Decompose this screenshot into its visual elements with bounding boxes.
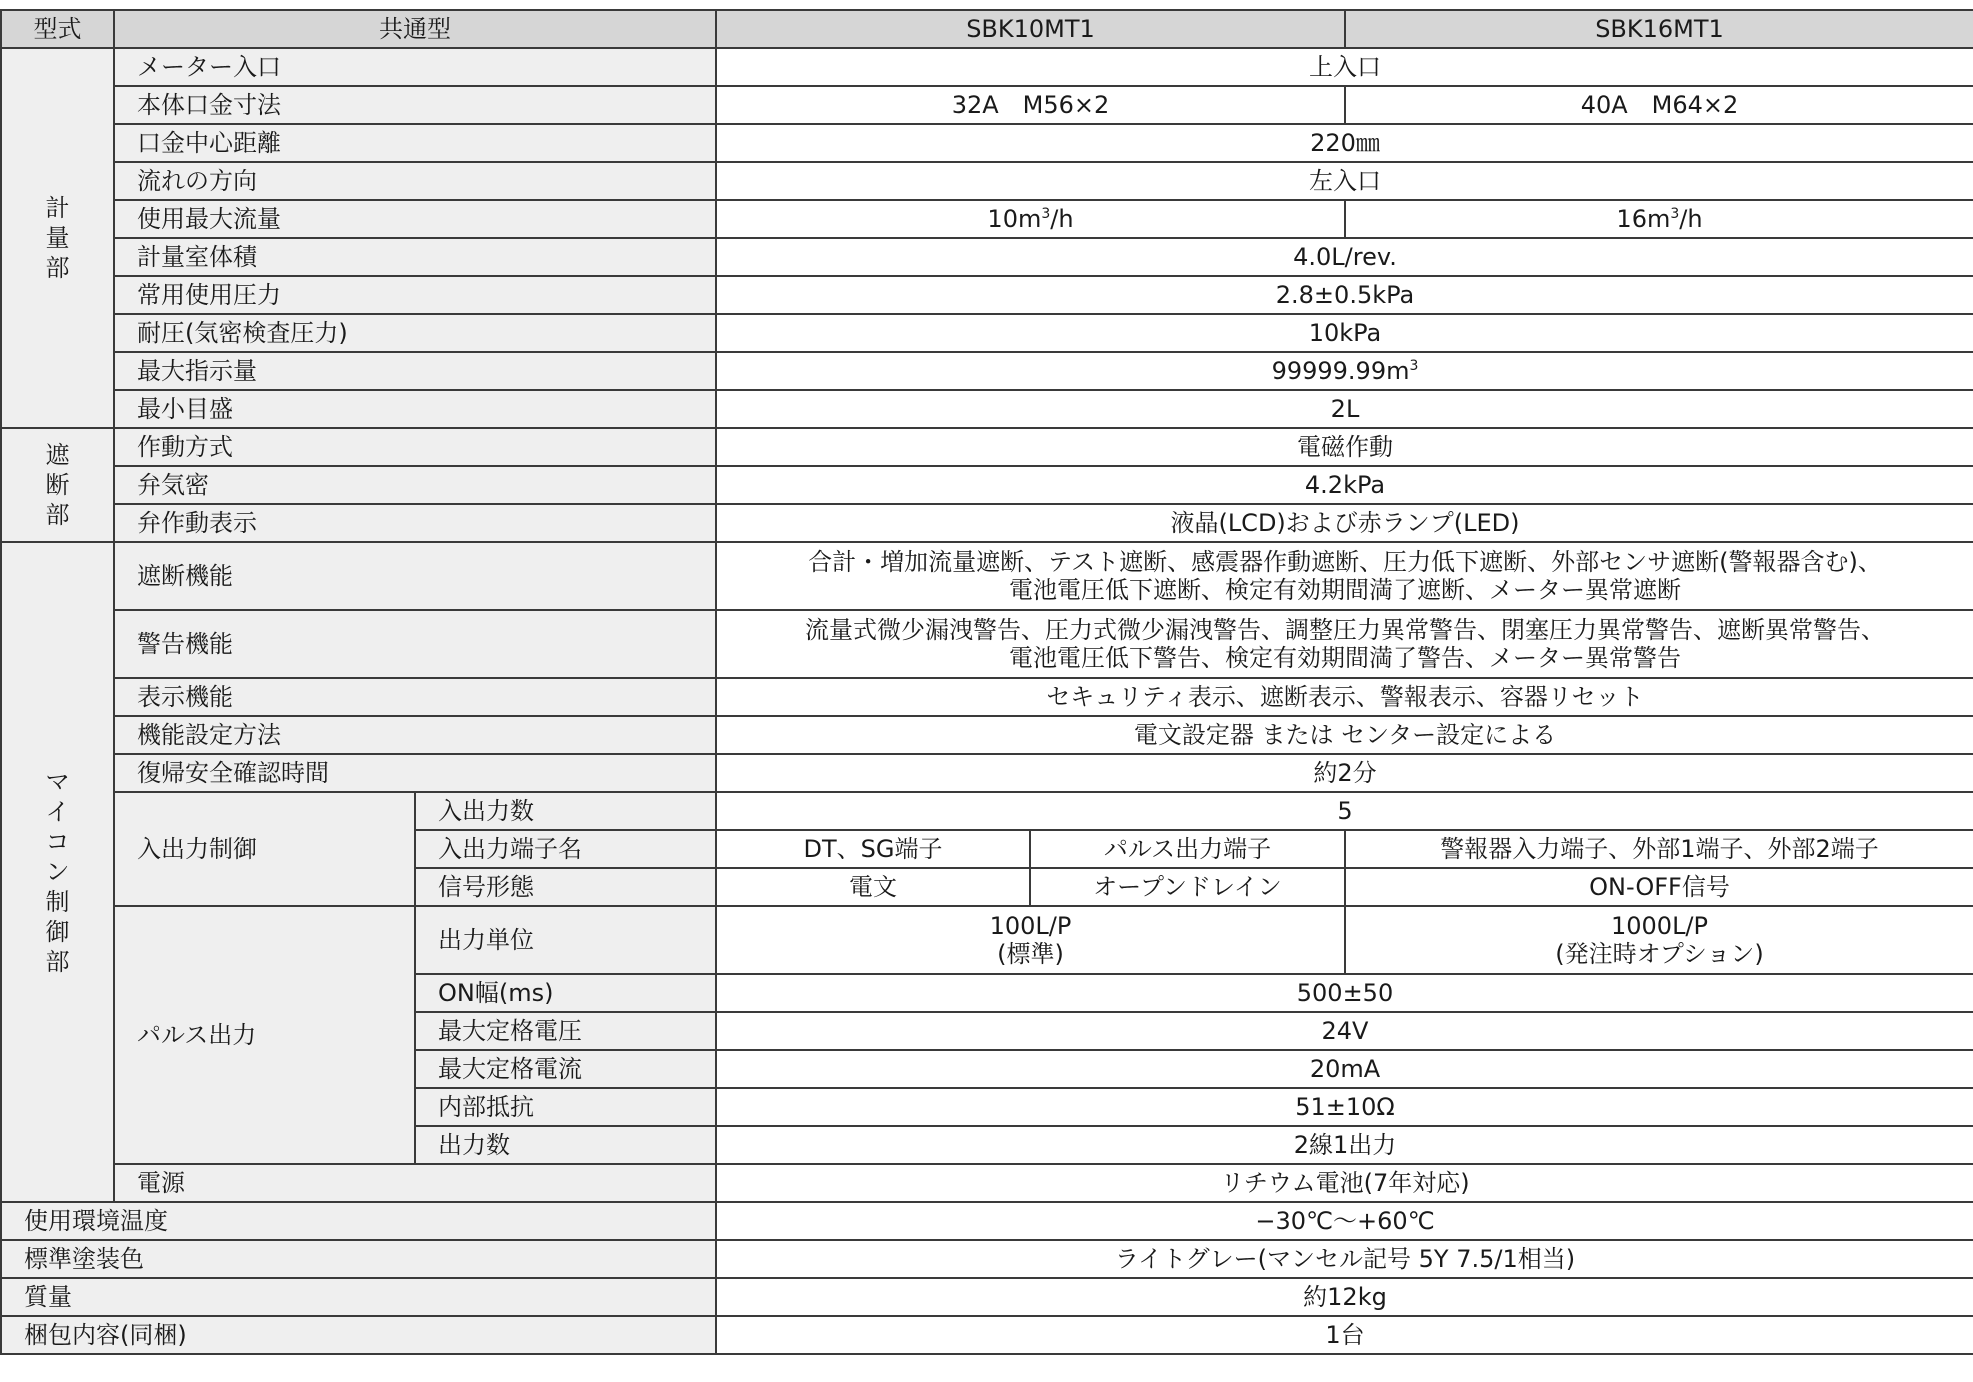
row-label: 警告機能 (114, 610, 716, 678)
row-value: セキュリティ表示、遮断表示、警報表示、容器リセット (716, 678, 1973, 716)
table-row: 質量 約12kg (1, 1278, 1973, 1316)
row-value: 4.0L/rev. (716, 238, 1973, 276)
row-value: 220㎜ (716, 124, 1973, 162)
section-micom: マイコン制御部 (1, 542, 114, 1202)
row-value: 500±50 (716, 974, 1973, 1012)
model-sbk16: SBK16MT1 (1345, 10, 1973, 48)
table-row: 最小目盛 2L (1, 390, 1973, 428)
table-row: 使用最大流量 10m3/h 16m3/h (1, 200, 1973, 238)
row-label: 使用最大流量 (114, 200, 716, 238)
row-value: 電文設定器 または センター設定による (716, 716, 1973, 754)
row-label: 計量室体積 (114, 238, 716, 276)
table-row: 流れの方向 左入口 (1, 162, 1973, 200)
row-label: 表示機能 (114, 678, 716, 716)
row-value-sbk16: 40A M64×2 (1345, 86, 1973, 124)
row-label: 最大指示量 (114, 352, 716, 390)
table-row: 本体口金寸法 32A M56×2 40A M64×2 (1, 86, 1973, 124)
row-value: 流量式微少漏洩警告、圧力式微少漏洩警告、調整圧力異常警告、閉塞圧力異常警告、遮断… (716, 610, 1973, 678)
table-row: パルス出力 出力単位 100L/P (標準) 1000L/P (発注時オプション… (1, 906, 1973, 974)
row-value: 24V (716, 1012, 1973, 1050)
sub-label: 最大定格電流 (415, 1050, 716, 1088)
sub-label: ON幅(ms) (415, 974, 716, 1012)
row-value: 5 (716, 792, 1973, 830)
row-label: 口金中心距離 (114, 124, 716, 162)
table-row: 警告機能 流量式微少漏洩警告、圧力式微少漏洩警告、調整圧力異常警告、閉塞圧力異常… (1, 610, 1973, 678)
row-value-sbk10: 100L/P (標準) (716, 906, 1345, 974)
sub-label: 信号形態 (415, 868, 716, 906)
table-row: 耐圧(気密検査圧力) 10kPa (1, 314, 1973, 352)
header-row: 型式 共通型 SBK10MT1 SBK16MT1 (1, 10, 1973, 48)
sub-label: 入出力端子名 (415, 830, 716, 868)
row-value: 20mA (716, 1050, 1973, 1088)
row-value: 警報器入力端子、外部1端子、外部2端子 (1345, 830, 1973, 868)
row-label: 機能設定方法 (114, 716, 716, 754)
row-label: 本体口金寸法 (114, 86, 716, 124)
common-label: 共通型 (114, 10, 716, 48)
sub-label: 出力数 (415, 1126, 716, 1164)
section-metering: 計量部 (1, 48, 114, 428)
sub-label: 出力単位 (415, 906, 716, 974)
spec-table: 型式 共通型 SBK10MT1 SBK16MT1 計量部 メーター入口 上入口 … (0, 9, 1973, 1355)
table-row: 弁作動表示 液晶(LCD)および赤ランプ(LED) (1, 504, 1973, 542)
table-row: 電源 リチウム電池(7年対応) (1, 1164, 1973, 1202)
sub-label: 内部抵抗 (415, 1088, 716, 1126)
table-row: 復帰安全確認時間 約2分 (1, 754, 1973, 792)
row-value: オープンドレイン (1030, 868, 1345, 906)
row-label: 弁作動表示 (114, 504, 716, 542)
row-value: 2.8±0.5kPa (716, 276, 1973, 314)
row-label: 標準塗装色 (1, 1240, 716, 1278)
row-label: 流れの方向 (114, 162, 716, 200)
row-label: 使用環境温度 (1, 1202, 716, 1240)
table-row: 使用環境温度 −30℃〜+60℃ (1, 1202, 1973, 1240)
row-label: 作動方式 (114, 428, 716, 466)
table-row: 弁気密 4.2kPa (1, 466, 1973, 504)
row-value: 2線1出力 (716, 1126, 1973, 1164)
row-label: 電源 (114, 1164, 716, 1202)
table-row: 計量部 メーター入口 上入口 (1, 48, 1973, 86)
row-value: 99999.99m3 (716, 352, 1973, 390)
model-sbk10: SBK10MT1 (716, 10, 1345, 48)
row-value: ライトグレー(マンセル記号 5Y 7.5/1相当) (716, 1240, 1973, 1278)
row-value: DT、SG端子 (716, 830, 1030, 868)
table-row: 最大指示量 99999.99m3 (1, 352, 1973, 390)
model-label: 型式 (1, 10, 114, 48)
group-label-io: 入出力制御 (114, 792, 415, 906)
sub-label: 最大定格電圧 (415, 1012, 716, 1050)
row-label: 梱包内容(同梱) (1, 1316, 716, 1354)
row-value-sbk16: 1000L/P (発注時オプション) (1345, 906, 1973, 974)
row-value-sbk10: 32A M56×2 (716, 86, 1345, 124)
row-value: 電磁作動 (716, 428, 1973, 466)
table-row: マイコン制御部 遮断機能 合計・増加流量遮断、テスト遮断、感震器作動遮断、圧力低… (1, 542, 1973, 610)
row-value: −30℃〜+60℃ (716, 1202, 1973, 1240)
sub-label: 入出力数 (415, 792, 716, 830)
row-label: 弁気密 (114, 466, 716, 504)
row-value: 4.2kPa (716, 466, 1973, 504)
row-label: メーター入口 (114, 48, 716, 86)
row-label: 最小目盛 (114, 390, 716, 428)
row-value: 2L (716, 390, 1973, 428)
row-value: リチウム電池(7年対応) (716, 1164, 1973, 1202)
row-value: 上入口 (716, 48, 1973, 86)
section-shutoff: 遮断部 (1, 428, 114, 542)
row-label: 常用使用圧力 (114, 276, 716, 314)
row-value: 電文 (716, 868, 1030, 906)
row-value: 約2分 (716, 754, 1973, 792)
table-row: 常用使用圧力 2.8±0.5kPa (1, 276, 1973, 314)
row-label: 質量 (1, 1278, 716, 1316)
table-row: 梱包内容(同梱) 1台 (1, 1316, 1973, 1354)
row-value: 約12kg (716, 1278, 1973, 1316)
row-value-sbk10: 10m3/h (716, 200, 1345, 238)
row-label: 復帰安全確認時間 (114, 754, 716, 792)
group-label-pulse: パルス出力 (114, 906, 415, 1164)
table-row: 表示機能 セキュリティ表示、遮断表示、警報表示、容器リセット (1, 678, 1973, 716)
table-row: 計量室体積 4.0L/rev. (1, 238, 1973, 276)
row-label: 遮断機能 (114, 542, 716, 610)
row-value: 液晶(LCD)および赤ランプ(LED) (716, 504, 1973, 542)
row-value: 合計・増加流量遮断、テスト遮断、感震器作動遮断、圧力低下遮断、外部センサ遮断(警… (716, 542, 1973, 610)
row-value: パルス出力端子 (1030, 830, 1345, 868)
row-value: 1台 (716, 1316, 1973, 1354)
table-row: 入出力制御 入出力数 5 (1, 792, 1973, 830)
table-row: 口金中心距離 220㎜ (1, 124, 1973, 162)
row-value: 51±10Ω (716, 1088, 1973, 1126)
row-label: 耐圧(気密検査圧力) (114, 314, 716, 352)
row-value: 10kPa (716, 314, 1973, 352)
row-value-sbk16: 16m3/h (1345, 200, 1973, 238)
table-row: 標準塗装色 ライトグレー(マンセル記号 5Y 7.5/1相当) (1, 1240, 1973, 1278)
row-value: ON-OFF信号 (1345, 868, 1973, 906)
row-value: 左入口 (716, 162, 1973, 200)
table-row: 機能設定方法 電文設定器 または センター設定による (1, 716, 1973, 754)
table-row: 遮断部 作動方式 電磁作動 (1, 428, 1973, 466)
